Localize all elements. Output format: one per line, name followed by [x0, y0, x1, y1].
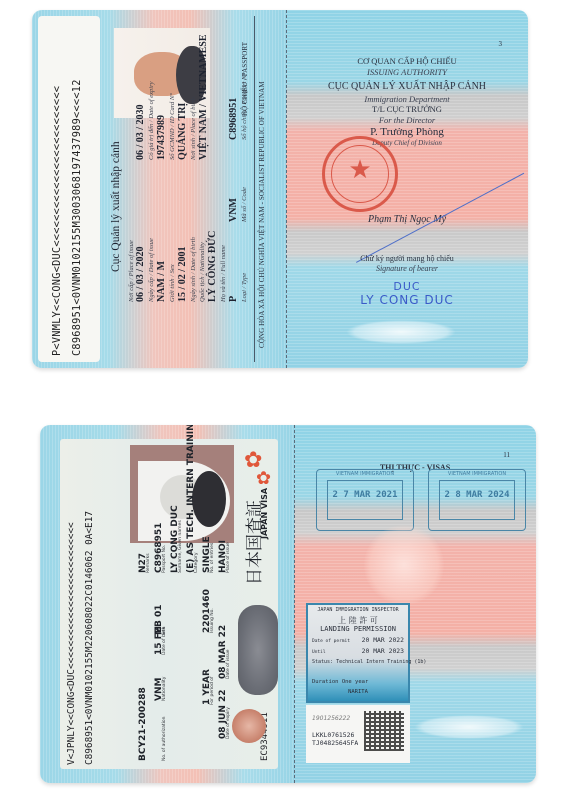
- id-card-value: 197437989: [156, 115, 167, 160]
- visa-photo-hair: [192, 471, 226, 527]
- entry-stamp-2: VIETNAM IMMIGRATION 2 8 MAR 2024: [428, 469, 526, 531]
- until-date: 20 MAR 2023: [362, 647, 404, 655]
- stamp-header: VIETNAM IMMIGRATION: [323, 471, 407, 477]
- cloud-watermark: [346, 320, 456, 344]
- mrz-line-1: P<VNMLY<<CONG<DUC<<<<<<<<<<<<<<<<<<<<<<<…: [52, 86, 63, 356]
- code-label: Mã số / Code: [241, 187, 248, 222]
- dob: 15 FEB 01: [154, 605, 164, 655]
- visa-title-jp: 日本国査証: [240, 500, 265, 585]
- type-label: Loại / Type: [241, 273, 248, 302]
- duration-label: Duration: [312, 679, 339, 685]
- stamp-date: 2 8 MAR 2024: [429, 490, 525, 500]
- date-of-issue-label: Ngày cấp / Date of issue: [148, 238, 155, 302]
- entries: SINGLE: [202, 536, 212, 573]
- sticker-number: 1901256222: [312, 715, 350, 722]
- japan-visa-sticker: V<JPNLY<<CONG<DUC<<<<<<<<<<<<<<<<<<<<<<<…: [60, 439, 278, 769]
- until-label: Until: [312, 650, 326, 655]
- port-of-entry: NARITA: [312, 689, 404, 695]
- department-vi: CỤC QUẢN LÝ XUẤT NHẬP CẢNH: [286, 81, 528, 94]
- document-type-label: HỘ CHIẾU / PASSPORT: [241, 42, 249, 116]
- place-of-issue: HANOI: [218, 540, 228, 573]
- official-title-en: Deputy Chief of Division: [286, 139, 528, 148]
- star-icon: ★: [325, 157, 395, 183]
- place-of-issue-label: Nơi cấp / Place of issue: [128, 240, 135, 302]
- category: (E) AS TECH. INTERN TRAINING (I) (B): [186, 425, 196, 573]
- pob-label: Nơi sinh / Place of birth: [190, 97, 197, 160]
- issuing-authority-page: 3 CƠ QUAN CẤP HỘ CHIẾU ISSUING AUTHORITY…: [286, 10, 528, 368]
- sticker-code-1: LKKL0761526: [312, 731, 354, 739]
- duration-value: One year: [342, 679, 369, 685]
- embassy-seal: [232, 709, 266, 743]
- period: 1 YEAR: [202, 669, 212, 705]
- mrz-zone: P<VNMLY<<CONG<DUC<<<<<<<<<<<<<<<<<<<<<<<…: [38, 16, 100, 362]
- status-label: Status: [312, 659, 330, 665]
- dob-value: 15 / 02 / 2001: [177, 246, 188, 302]
- date-of-issue-value: 06 / 03 / 2020: [135, 246, 146, 302]
- passport-number-value: C8968951: [228, 98, 239, 140]
- passport-data-page: P<VNMLY<<CONG<DUC<<<<<<<<<<<<<<<<<<<<<<<…: [32, 10, 286, 368]
- bearer-signature-vi: Chữ ký người mang hộ chiếu: [286, 254, 528, 264]
- visas-page: 11 THỊ THỰC - VISAS VIETNAM IMMIGRATION …: [294, 425, 536, 783]
- for-director-en: For the Director: [286, 115, 528, 126]
- landing-permission-seal: JAPAN IMMIGRATION INSPECTOR 上 陸 許 可 LAND…: [306, 603, 410, 703]
- header-divider: [254, 16, 255, 362]
- sticker-code-2: TJ04825645FA: [312, 739, 358, 747]
- national-emblem-watermark: [364, 525, 444, 605]
- id-card-label: Số GCMND / ID Card N°: [169, 93, 176, 160]
- country-header: CỘNG HÒA XÃ HỘI CHỦ NGHĨA VIỆT NAM - SOC…: [258, 81, 266, 348]
- full-name-value: LÝ CÔNG ĐỨC: [207, 231, 218, 302]
- hologram: [238, 605, 278, 695]
- landing-title-en: LANDING PERMISSION: [308, 625, 408, 633]
- date-of-permit: 20 MAR 2022: [362, 636, 404, 644]
- for-director-vi: T/L CỤC TRƯỞNG: [286, 104, 528, 115]
- issuing-authority-vi: CƠ QUAN CẤP HỘ CHIẾU: [286, 56, 528, 67]
- qr-code: [364, 711, 404, 751]
- code-value: VNM: [228, 198, 239, 222]
- type-value: P: [228, 296, 239, 302]
- inspector-label: JAPAN IMMIGRATION INSPECTOR: [308, 607, 408, 613]
- authority-block: CƠ QUAN CẤP HỘ CHIẾU ISSUING AUTHORITY C…: [286, 56, 528, 148]
- official-title-vi: P. Trưởng Phòng: [286, 126, 528, 140]
- nationality-label: Quốc tịch / Nationality: [199, 242, 206, 302]
- date-of-expiry-value: 06 / 03 / 2030: [135, 104, 146, 160]
- page-number: 11: [503, 451, 510, 459]
- department-en: Immigration Department: [286, 94, 528, 105]
- stamp-header: VIETNAM IMMIGRATION: [435, 471, 519, 477]
- visa-photo: [138, 461, 230, 541]
- stamp-inner-frame: [439, 480, 515, 520]
- bearer-signature-line1: DUC: [286, 280, 528, 293]
- authorization-number: BCY21-200288: [138, 687, 148, 761]
- stamp-date: 2 7 MAR 2021: [317, 490, 413, 500]
- permission-sticker: 1901256222 LKKL0761526 TJ04825645FA: [306, 705, 410, 763]
- visa-mrz-line-1: V<JPNLY<<CONG<DUC<<<<<<<<<<<<<<<<<<<<<<<…: [66, 522, 77, 765]
- full-name-label: Họ và tên / Full name: [220, 245, 227, 302]
- stamp-inner-frame: [327, 480, 403, 520]
- authorization-label: No. of authorization: [162, 717, 167, 762]
- bearer-signature-block: Chữ ký người mang hộ chiếu Signature of …: [286, 254, 528, 307]
- date-of-permit-label: Date of permit: [312, 639, 350, 644]
- passport-number: C8968951: [154, 523, 164, 573]
- page-number: 3: [499, 40, 503, 48]
- bearer-signature-line2: LY CONG DUC: [286, 293, 528, 307]
- place-of-issue-value: Cục Quản lý xuất nhập cảnh: [110, 141, 122, 272]
- date-of-expiry: 08 JUN 22: [218, 689, 228, 739]
- remarks: N27: [138, 553, 148, 573]
- date-of-expiry-label: Có giá trị đến / Date of expiry: [148, 81, 155, 160]
- issuing-authority-en: ISSUING AUTHORITY: [286, 67, 528, 78]
- official-name-block: Phạm Thị Ngọc Mỹ: [286, 214, 528, 227]
- cherry-blossom-icon: ✿: [256, 469, 271, 487]
- entry-stamp-1: VIETNAM IMMIGRATION 2 7 MAR 2021: [316, 469, 414, 531]
- visa-mrz-line-2: C8968951<0VNM0102155M220608022C0146062 0…: [84, 511, 95, 765]
- official-seal-stamp: ★: [322, 136, 398, 212]
- pob-value: QUẢNG TRỊ: [177, 103, 188, 160]
- official-name: Phạm Thị Ngọc Mỹ: [286, 214, 528, 227]
- visa-spread: V<JPNLY<<CONG<DUC<<<<<<<<<<<<<<<<<<<<<<<…: [40, 425, 536, 783]
- status-value: Technical Intern Training (1b): [336, 659, 426, 665]
- spine-fold: [286, 10, 287, 368]
- holder-name: LY CONG DUC: [170, 505, 180, 573]
- spine-fold: [294, 425, 295, 783]
- issuing-number: 2201460: [202, 589, 212, 633]
- nationality: VNM: [154, 678, 164, 701]
- date-of-issue: 08 MAR 22: [218, 625, 228, 679]
- mrz-line-2: C8968951<0VNM0102155M3003068197437989<<<…: [72, 79, 83, 356]
- sex-value: NAM / M: [156, 261, 167, 302]
- bearer-signature-en: Signature of bearer: [286, 264, 528, 274]
- japan-visa-page: V<JPNLY<<CONG<DUC<<<<<<<<<<<<<<<<<<<<<<<…: [40, 425, 294, 783]
- cloud-watermark: [414, 715, 524, 739]
- passport-data-spread: P<VNMLY<<CONG<DUC<<<<<<<<<<<<<<<<<<<<<<<…: [32, 10, 528, 368]
- sex-label: Giới tính / Sex: [169, 264, 176, 302]
- dob-label: Ngày sinh / Date of birth: [190, 237, 197, 302]
- nationality-value: VIỆT NAM / VIETNAMESE: [198, 35, 209, 161]
